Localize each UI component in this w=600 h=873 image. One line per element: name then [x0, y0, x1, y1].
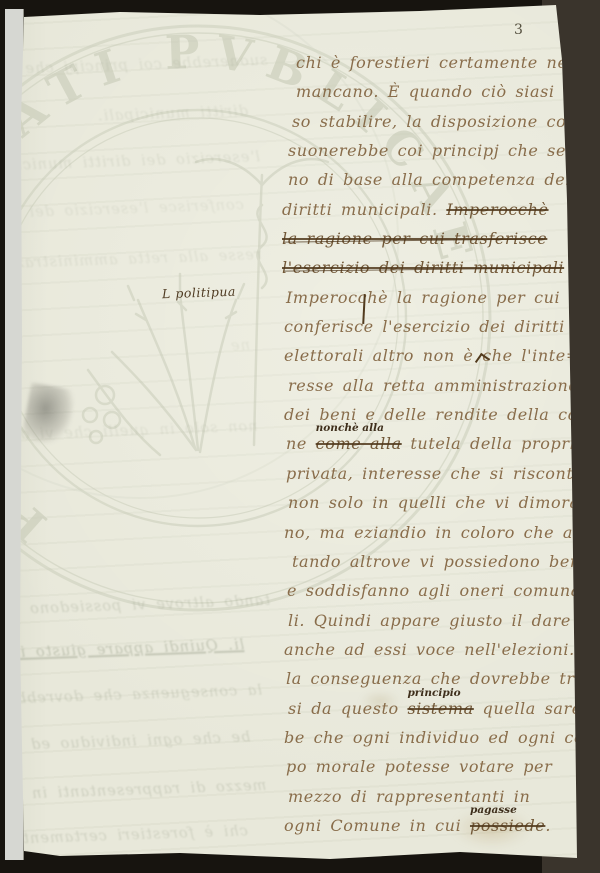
inserted-word: nonchè alla	[316, 422, 384, 434]
line-text: e soddisfanno agli oneri comuna=	[287, 581, 595, 600]
ink-smudge	[21, 382, 76, 447]
line-text: no, ma eziandio in coloro che abi=	[284, 523, 600, 542]
line-text: ogni Comune in cui	[284, 816, 470, 835]
line-text: diritti municipali.	[282, 200, 446, 219]
bleed-through-line: tando altrove vi possiedono beni,	[0, 593, 270, 619]
line-text: .	[545, 816, 551, 835]
corrected-word: principiosistema	[407, 699, 473, 718]
manuscript-line: tando altrove vi possiedono beni,	[292, 547, 592, 576]
page-number: 3	[514, 22, 523, 38]
line-text: tutela della proprietà	[402, 434, 600, 453]
manuscript-line: conferisce l'esercizio dei diritti	[284, 312, 565, 341]
manuscript-line: so stabilire, la disposizione con=	[292, 107, 591, 136]
manuscript-line: resse alla retta amministrazione	[288, 371, 579, 400]
bleed-through-line: la conseguenza che dovrebbe trar=	[0, 683, 262, 710]
bleed-through-line: diritti municipali.	[97, 103, 248, 124]
scanned-manuscript-page: PROSPERITATI PVBLICAE suonerebbe	[0, 0, 600, 873]
manuscript-line: Imperocchè la ragione per cui si	[286, 283, 584, 312]
manuscript-line: diritti municipali. Imperocchè	[282, 195, 549, 224]
bleed-through-line: chi è forestieri certamente ne	[0, 823, 248, 848]
manuscript-line: chi è forestieri certamente ne	[296, 48, 568, 77]
manuscript-line: l'esercizio dei diritti municipali	[282, 253, 564, 282]
corrected-word: pagassepossiede	[470, 816, 545, 835]
bleed-through-line: ne	[230, 338, 250, 355]
manuscript-line: anche ad essi voce nell'elezioni. Ma	[284, 635, 600, 664]
manuscript-line: mancano. È quando ciò siasi inte=	[296, 77, 600, 106]
line-text: elettorali altro non è che l'inte=	[284, 346, 580, 365]
struck-word: possiede	[470, 816, 545, 835]
line-text: si da questo	[288, 699, 407, 718]
bleed-through-line: l'esercizio dei diritti municipali	[0, 149, 260, 175]
manuscript-line: li. Quindi appare giusto il dare	[288, 606, 571, 635]
line-text: conferisce l'esercizio dei diritti	[284, 317, 565, 336]
bleed-through-line: resse alla retta amministrazione	[0, 247, 262, 273]
line-text: non solo in quelli che vi dimora=	[288, 493, 594, 512]
corrected-word: nonchè allacome alla	[316, 434, 402, 453]
struck-word: sistema	[407, 699, 473, 718]
inserted-word: pagasse	[470, 804, 517, 816]
bleed-through-line: li. Quindi appare giusto il dare	[0, 637, 244, 663]
manuscript-line: po morale potesse votare per	[286, 752, 552, 781]
line-text: mezzo di rappresentanti in	[288, 787, 530, 806]
line-text: no di base alla competenza dei	[288, 170, 571, 189]
manuscript-line: non solo in quelli che vi dimora=	[288, 488, 594, 517]
bleed-through-line: suonerebbe coi principj che servo	[0, 53, 268, 79]
manuscript-text: chi è forestieri certamente nemancano. È…	[282, 48, 582, 840]
manuscript-line: no, ma eziandio in coloro che abi=	[284, 518, 600, 547]
margin-note: L politipua	[162, 284, 236, 302]
inserted-word: principio	[407, 687, 460, 699]
bleed-through-line: conferisce l'esercizio dei diritti	[0, 197, 244, 223]
manuscript-page: PROSPERITATI PVBLICAE suonerebbe	[0, 0, 600, 873]
line-text: mancano. È quando ciò siasi inte=	[296, 82, 600, 101]
struck-text: l'esercizio dei diritti municipali	[282, 258, 564, 277]
manuscript-line: la ragione per cui trasferisce	[282, 224, 547, 253]
line-text: ne	[286, 434, 316, 453]
line-text: be che ogni individuo ed ogni cor=	[284, 728, 600, 747]
line-text: dei beni e delle rendite della comu=	[284, 405, 600, 424]
manuscript-line: ogni Comune in cui pagassepossiede.	[284, 811, 551, 840]
struck-text: la ragione per cui trasferisce	[282, 229, 547, 248]
manuscript-line: privata, interesse che si riscontra	[286, 459, 592, 488]
line-text: la conseguenza che dovrebbe trar=	[286, 669, 600, 688]
manuscript-line: suonerebbe coi principj che servo	[288, 136, 594, 165]
line-text: chi è forestieri certamente ne	[296, 53, 568, 72]
manuscript-line: ne nonchè allacome alla tutela della pro…	[286, 429, 600, 458]
struck-word: come alla	[316, 434, 402, 453]
manuscript-line: si da questo principiosistema quella sar…	[288, 694, 600, 723]
line-text: suonerebbe coi principj che servo	[288, 141, 594, 160]
line-text: anche ad essi voce nell'elezioni. Ma	[284, 640, 600, 659]
line-text: tando altrove vi possiedono beni,	[292, 552, 592, 571]
line-text: Imperocchè la ragione per cui si	[286, 288, 584, 307]
line-text: po morale potesse votare per	[286, 757, 552, 776]
line-text: so stabilire, la disposizione con=	[292, 112, 591, 131]
line-text: li. Quindi appare giusto il dare	[288, 611, 571, 630]
line-text: privata, interesse che si riscontra	[286, 464, 592, 483]
bleed-through-line: mezzo di rappresentanti in	[30, 778, 266, 802]
line-text: resse alla retta amministrazione	[288, 376, 579, 395]
struck-text: Imperocchè	[446, 200, 548, 219]
manuscript-line: e soddisfanno agli oneri comuna=	[287, 576, 595, 605]
manuscript-line: elettorali altro non è che l'inte=	[284, 341, 580, 370]
bleed-through-line: be che ogni individuo ed ogni cor=	[0, 730, 250, 757]
manuscript-line: be che ogni individuo ed ogni cor=	[284, 723, 600, 752]
manuscript-line: no di base alla competenza dei	[288, 165, 571, 194]
